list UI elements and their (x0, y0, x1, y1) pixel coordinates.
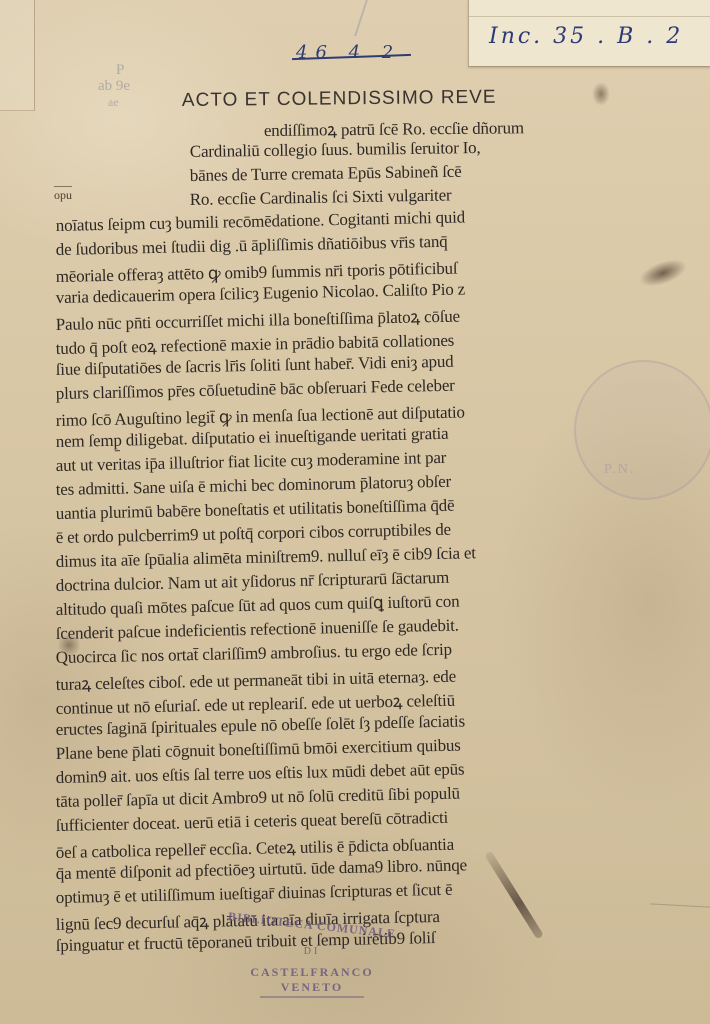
ghost-line: ab 9e (98, 78, 160, 94)
ink-stain (592, 82, 610, 106)
library-stamp: BIBLIOTECA COMUNALE DI CASTELFRANCO VENE… (222, 910, 402, 1010)
margin-note: opu (54, 186, 72, 203)
text-line: ſcenderit paſcue indeficientis refection… (56, 616, 459, 644)
text-line: Plane bene p̄lati cōgnuit boneſtiſſimū b… (56, 736, 461, 764)
incipit-heading: ACTO ET COLENDISSIMO REVE (182, 87, 497, 112)
text-line: tāta poller̄ ſapīa ut dicit Ambro9 ut nō… (56, 784, 460, 812)
faded-round-stamp: P.N. (574, 360, 710, 500)
old-shelfmark-struck: 46 4 2 (296, 42, 401, 63)
text-line: optimuȝ ē et utiliſſimum iueſtigar̄ diui… (56, 880, 453, 908)
round-stamp-text: P.N. (604, 462, 635, 478)
stamp-line-2: DI (222, 946, 402, 957)
ink-blot (58, 634, 80, 656)
stamp-line-1: BIBLIOTECA COMUNALE (222, 909, 403, 943)
text-line: doctrina dulcior. Nam ut ait yſidorus nr… (56, 568, 450, 596)
label-rule (469, 16, 710, 17)
stamp-line-3: CASTELFRANCO VENETO (222, 965, 402, 995)
old-shelfmark-text: 46 4 2 (296, 42, 401, 63)
text-line: Ro. eccſie Cardinalis ſci Sixti vulgarit… (190, 185, 452, 210)
ghost-line: P (116, 62, 160, 78)
ghost-line: ae (108, 94, 160, 110)
paper-repair-strip (0, 0, 35, 111)
pencil-mark (334, 0, 368, 36)
text-line: Cardinaliū collegio ſuus. bumilis ſeruit… (190, 138, 481, 162)
text-line: endiſſimoꝝ patrū ſcē Ro. eccſie dñorum (264, 115, 524, 141)
shelfmark-label: Inc. 35 . B . 2 (468, 0, 710, 67)
text-line: Quocirca ſic nos ortat̄ clariſſim9 ambro… (56, 640, 452, 668)
text-line: altitudo quaſi mōtes paſcue ſūt ad quos … (56, 592, 460, 620)
ink-streak (484, 850, 544, 939)
manuscript-page: P ab 9e ae 46 4 2 Inc. 35 . B . 2 P.N. o… (0, 0, 710, 1024)
ink-stain (636, 254, 691, 292)
text-line: plurs clariſſimos pr̄es cōſuetudinē bāc … (56, 376, 455, 404)
text-line: aut ut veritas ip̄a illuſtrior fiat lici… (56, 448, 447, 476)
stamp-underline (260, 996, 364, 998)
paper-crease (650, 903, 710, 907)
text-line: ſufficienter doceat. uerū etiā i ceteris… (56, 808, 449, 836)
text-line: tes admitti. Sane uiſa ē michi bec domin… (56, 472, 452, 500)
offset-ghost-text: P ab 9e ae (80, 62, 160, 112)
text-line: uantia plurimū babēre boneſtatis et util… (56, 496, 455, 524)
text-line: de ſudoribus mei ſtudii dig .ū āpliſſimi… (56, 232, 448, 260)
text-line: bānes de Turre cremata Epūs Sabineñ ſcē (190, 162, 462, 186)
shelfmark-text: Inc. 35 . B . 2 (489, 24, 683, 49)
text-line: ē et ordo pulcberrim9 ut poſtq̄ corpori … (56, 520, 452, 548)
